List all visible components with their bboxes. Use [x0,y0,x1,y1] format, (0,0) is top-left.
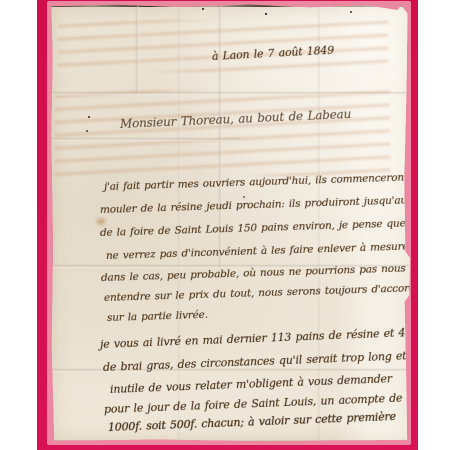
fold-crease-vertical-2 [178,5,181,441]
letter-photo-background: à Laon le 7 août 1849 Monsieur Thoreau, … [37,0,418,450]
ink-showthrough-middle [55,90,390,176]
page-margin-right [418,0,450,450]
fold-crease-horizontal-2 [50,138,240,141]
product-photo: à Laon le 7 août 1849 Monsieur Thoreau, … [0,0,450,450]
page-margin-left [0,0,37,450]
handwritten-line-7: sur la partie livrée. [107,309,208,324]
ink-showthrough-top [58,20,388,72]
fold-crease-vertical-1 [136,5,139,93]
fold-crease-horizontal-1 [50,92,410,95]
stain-spot [94,216,108,227]
letter-paper: à Laon le 7 août 1849 Monsieur Thoreau, … [50,4,410,442]
